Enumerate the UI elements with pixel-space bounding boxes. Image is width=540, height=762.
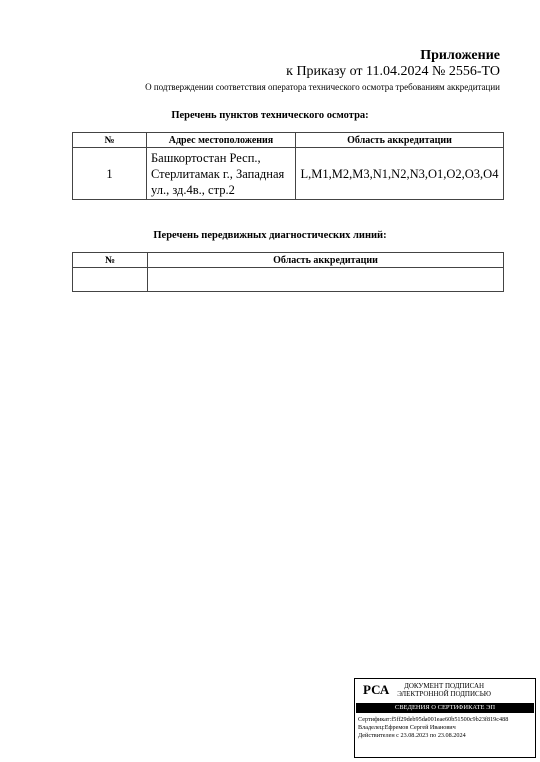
section-title-inspection-points: Перечень пунктов технического осмотра:	[0, 110, 540, 121]
column-header-number: №	[73, 253, 148, 268]
certificate-id: Сертификат:f5ff29deb95da001eae60b51500c9…	[358, 716, 532, 724]
table-row	[73, 268, 504, 292]
table-header-row: № Адрес местоположения Область аккредита…	[73, 133, 504, 148]
mobile-lines-table: № Область аккредитации	[72, 252, 504, 292]
certificate-owner: Владелец:Ефремов Сергей Иванович	[358, 724, 532, 732]
electronic-signature-stamp: РСА ДОКУМЕНТ ПОДПИСАН ЭЛЕКТРОННОЙ ПОДПИС…	[354, 678, 536, 758]
row-address: Башкортостан Респ., Стерлитамак г., Запа…	[147, 148, 296, 200]
row-scope: L,M1,M2,M3,N1,N2,N3,O1,O2,O3,O4	[296, 148, 504, 200]
section-title-mobile-lines: Перечень передвижных диагностических лин…	[0, 230, 540, 241]
column-header-scope: Область аккредитации	[296, 133, 504, 148]
address-line: ул., зд.4в., стр.2	[151, 182, 291, 198]
table-row: 1 Башкортостан Респ., Стерлитамак г., За…	[73, 148, 504, 200]
document-subtitle: О подтверждении соответствия оператора т…	[145, 82, 500, 92]
order-reference: к Приказу от 11.04.2024 № 2556-ТО	[286, 64, 500, 80]
row-scope	[148, 268, 504, 292]
stamp-heading-line: ДОКУМЕНТ ПОДПИСАН	[397, 682, 491, 690]
stamp-heading-line: ЭЛЕКТРОННОЙ ПОДПИСЬЮ	[397, 690, 491, 698]
appendix-title: Приложение	[420, 48, 500, 64]
stamp-heading: ДОКУМЕНТ ПОДПИСАН ЭЛЕКТРОННОЙ ПОДПИСЬЮ	[397, 682, 491, 698]
address-line: Стерлитамак г., Западная	[151, 166, 291, 182]
column-header-address: Адрес местоположения	[147, 133, 296, 148]
column-header-number: №	[73, 133, 147, 148]
inspection-points-table: № Адрес местоположения Область аккредита…	[72, 132, 504, 200]
certificate-validity: Действителен с 23.08.2023 по 23.08.2024	[358, 732, 532, 740]
row-number: 1	[73, 148, 147, 200]
row-number	[73, 268, 148, 292]
address-line: Башкортостан Респ.,	[151, 150, 291, 166]
column-header-scope: Область аккредитации	[148, 253, 504, 268]
certificate-info-bar: СВЕДЕНИЯ О СЕРТИФИКАТЕ ЭП	[356, 703, 534, 713]
rsa-logo: РСА	[363, 682, 389, 698]
table-header-row: № Область аккредитации	[73, 253, 504, 268]
